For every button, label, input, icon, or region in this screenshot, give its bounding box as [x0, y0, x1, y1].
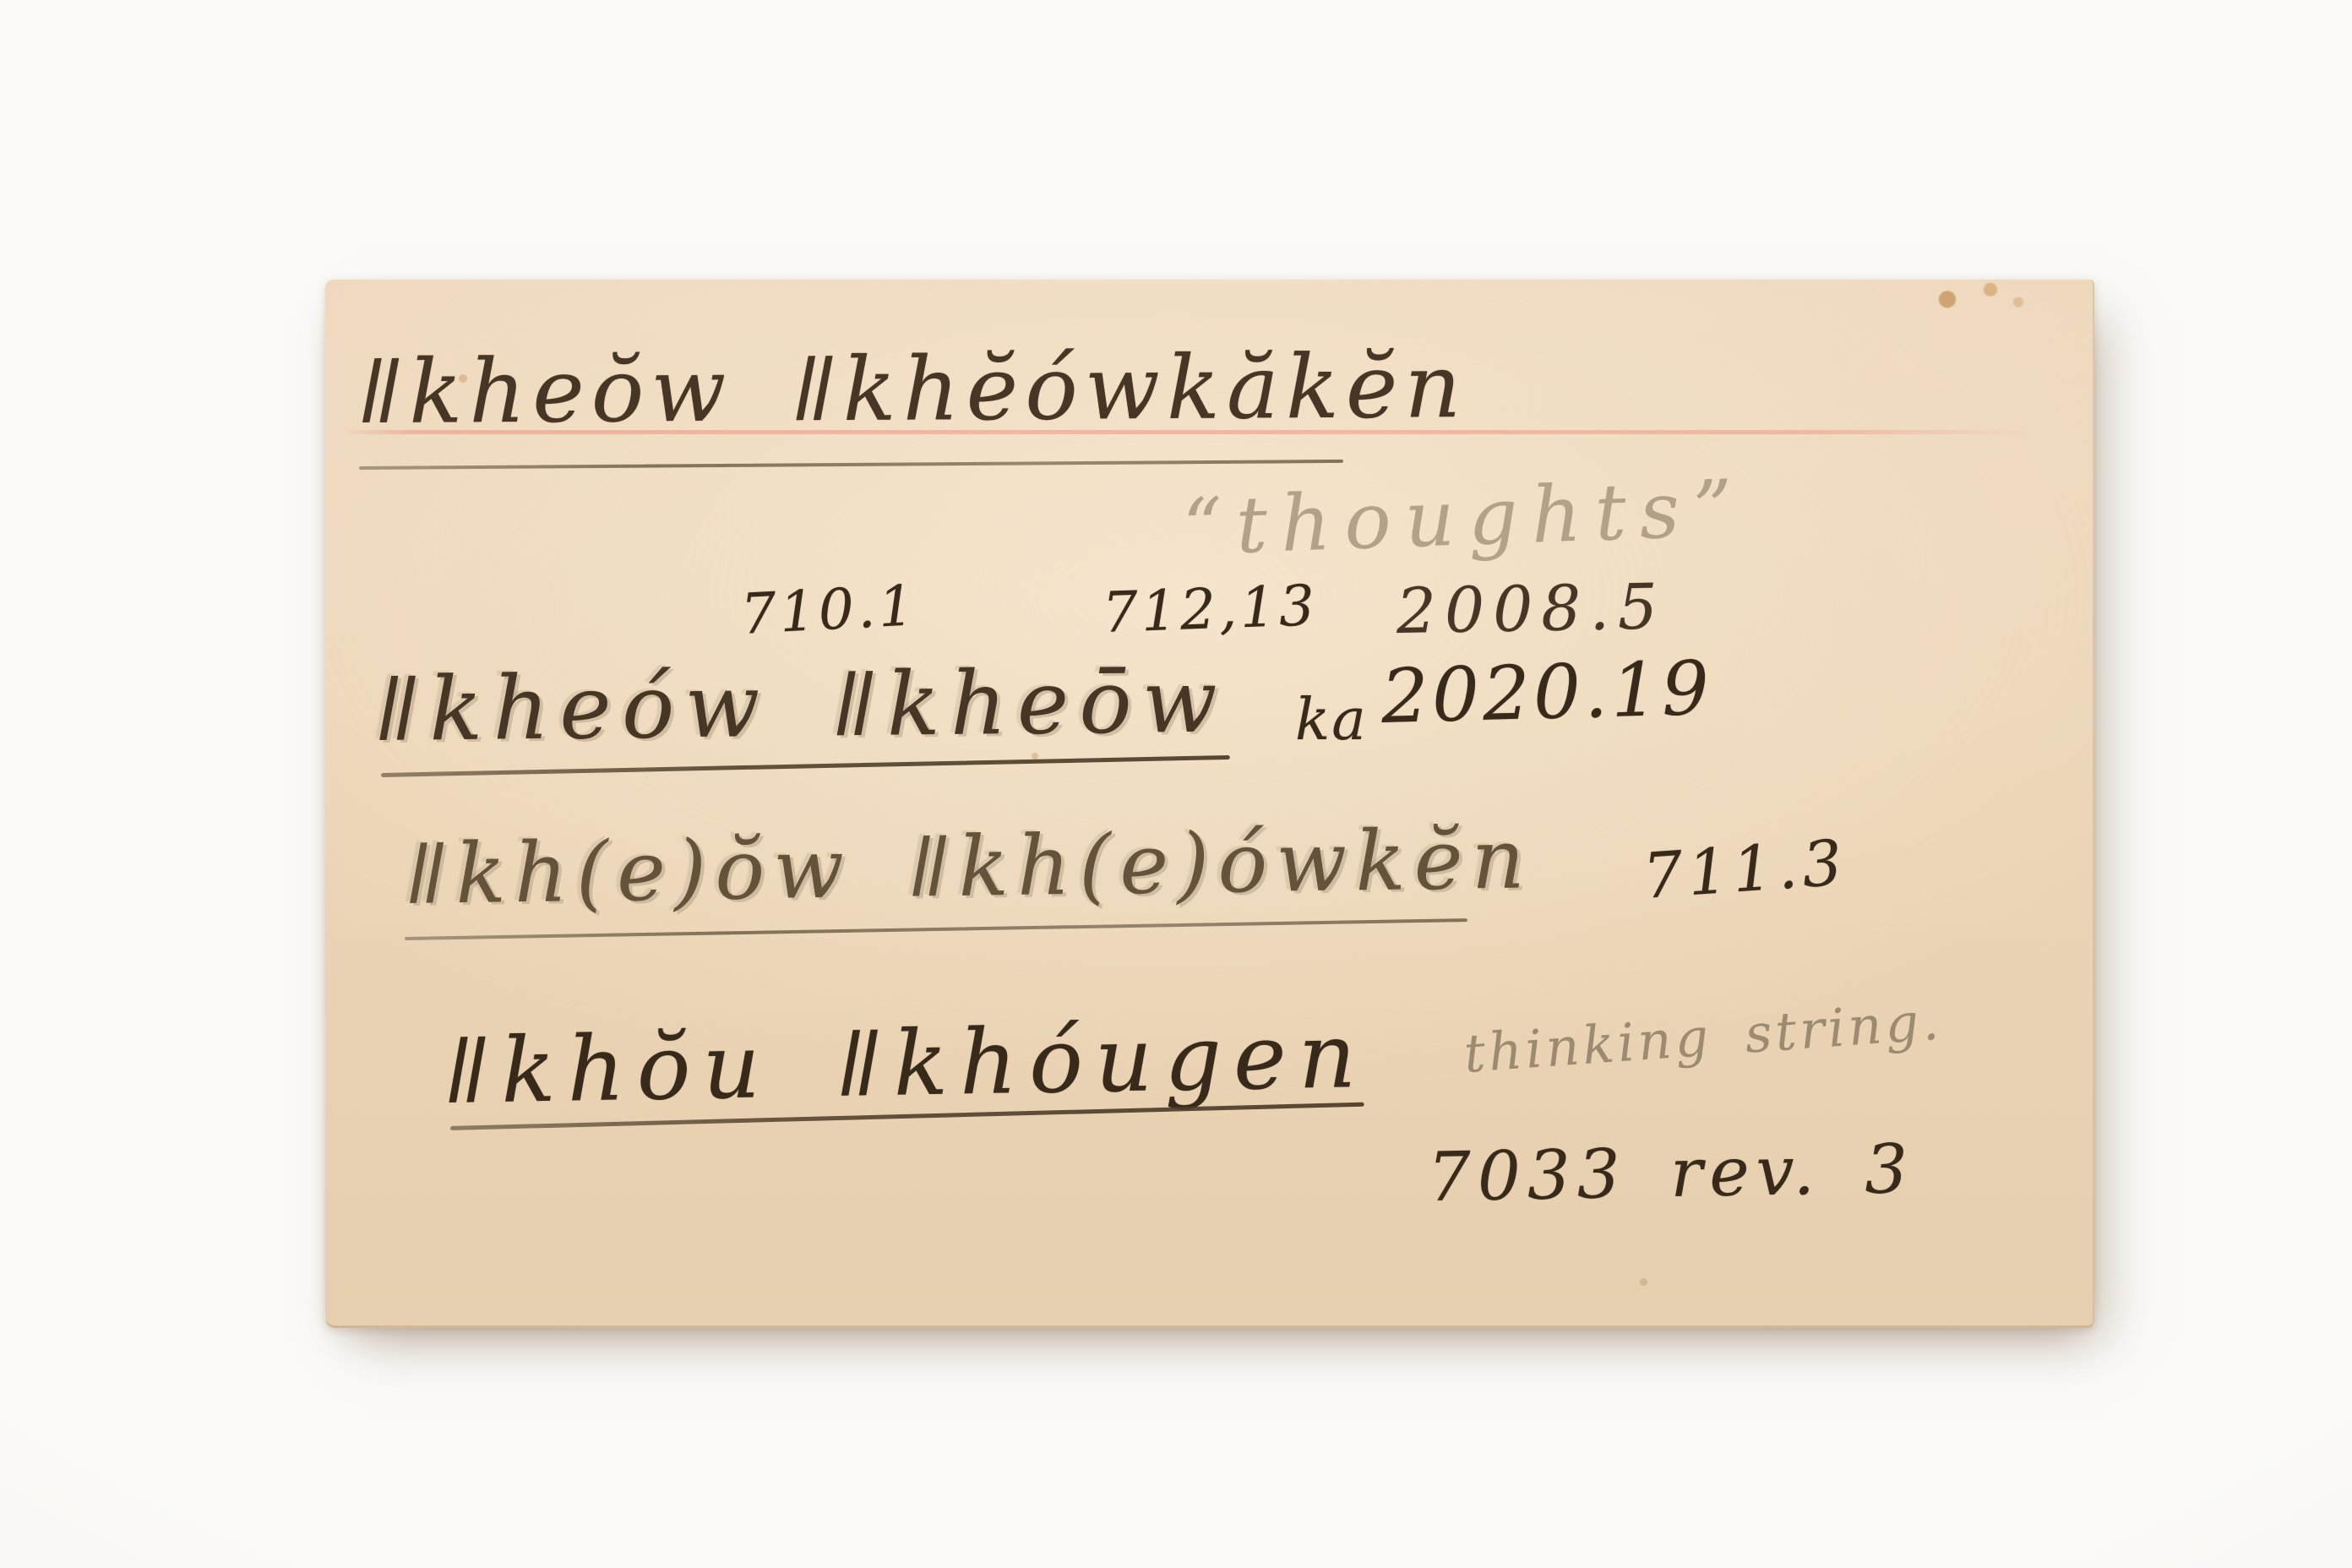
entry2-particle: ka: [1295, 687, 1368, 754]
entry3-headword: ǁkh(e)ŏw ǁkh(e)ówkĕn: [406, 811, 1533, 923]
entry1-underline: [359, 460, 1343, 470]
footer-ref: 7033 rev. 3: [1427, 1130, 1915, 1217]
entry2-headword: ǁkheów ǁkheōw: [375, 649, 1228, 761]
paper-speck: [1640, 1278, 1647, 1286]
entry1-headword: ǁkheŏw ǁkhĕówkăkĕn: [359, 335, 1468, 444]
ref-710-1: 710.1: [739, 573, 919, 647]
ref-712-13: 712,13: [1102, 573, 1319, 645]
gloss-thinking-string: thinking string.: [1462, 990, 1944, 1085]
foxing-stain: [1912, 278, 2039, 317]
entry3-underline: [405, 918, 1467, 940]
entry3-ref: 711.3: [1641, 826, 1849, 913]
index-card: ǁkheŏw ǁkhĕówkăkĕn “thoughts” 710.1 712,…: [325, 280, 2094, 1328]
gloss-thoughts: “thoughts”: [1181, 463, 1748, 573]
entry2-ref: 2020.19: [1380, 645, 1713, 740]
ref-2008-5: 2008.5: [1396, 570, 1666, 648]
photo-background: ǁkheŏw ǁkhĕówkăkĕn “thoughts” 710.1 712,…: [0, 0, 2352, 1568]
